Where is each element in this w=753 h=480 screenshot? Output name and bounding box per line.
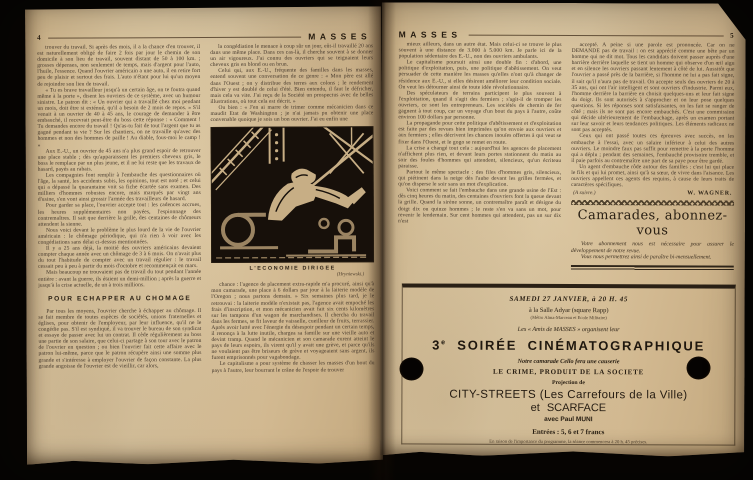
body-paragraph: Pour garder sa place, l'ouvrier accepte …: [38, 202, 201, 227]
event-film-title-1: CITY-STREETS (Les Carrefours de la Ville…: [449, 389, 687, 402]
suite-note: (A suivre.): [573, 190, 595, 196]
event-organizer-line: Les « Amis de MASSES » organisent leur: [518, 326, 620, 333]
event-note: En raison de l'importance du programme, …: [489, 440, 647, 446]
event-venue: à la Salle Adyar (square Rapp): [529, 307, 609, 314]
event-projection-label: Projection de: [552, 380, 585, 386]
illustration-credit: (Hryniewski.): [211, 272, 374, 279]
left-page-column-1: trouver du travail. Si après des mois, i…: [37, 44, 202, 453]
body-paragraph: la congédiation le menace à coup sûr un …: [210, 43, 373, 68]
woodcut-illustration: [211, 126, 375, 263]
body-paragraph: « Tu es brave travailleur jusqu'à un cer…: [37, 87, 200, 149]
subscribe-paragraph: Votre abonnement nous est nécessaire pou…: [571, 241, 734, 255]
left-page-header: 4 MASSES: [37, 31, 371, 42]
body-paragraph: Mais beaucoup ne trouvaient pas de trava…: [38, 269, 201, 288]
body-paragraph: trouver du travail. Si après des mois, i…: [37, 44, 200, 87]
subscribe-title: Camarades, abonnez-vous: [571, 208, 734, 239]
right-page-column-1: mieux ailleurs, dans un autre état. Mais…: [398, 41, 562, 282]
body-paragraph: Aux E.-U., un ouvrier de 45 ans n'a plus…: [38, 148, 201, 173]
event-title-number: 3: [432, 338, 441, 353]
event-actor-line: avec Paul MUNI: [544, 416, 592, 423]
left-page-number: 4: [37, 34, 41, 42]
left-page-column-2: la congédiation le menace à coup sûr un …: [210, 43, 375, 452]
author-signature: W. WAGNER.: [687, 191, 732, 197]
event-causerie-line: Notre camarade Cello fera une causerie: [518, 358, 620, 365]
body-paragraph: Des spéculateurs de terrains participent…: [398, 90, 561, 121]
column-text-block: chance : l'agence de placement extra-rap…: [211, 281, 374, 373]
body-paragraph: Un agent d'embauche rôde autour des fami…: [571, 164, 734, 189]
body-paragraph: Le capitalisme a pour système de chasser…: [212, 361, 375, 374]
header-rule: [48, 36, 302, 38]
body-paragraph: chance : l'agence de placement extra-rap…: [211, 281, 374, 361]
punch-hole-left: [399, 357, 423, 380]
masthead-text: MASSES: [399, 29, 462, 39]
body-paragraph: Celui qui, aux E.-U., fréquente des fami…: [210, 68, 373, 105]
event-metro-line: (Métro Alma-Marceau et Ecole Militaire): [531, 315, 607, 320]
column-text-block: mieux ailleurs, dans un autre état. Mais…: [398, 41, 562, 224]
double-rule: [571, 265, 734, 272]
body-paragraph: Nous voici devant le problème le plus lo…: [38, 227, 201, 246]
event-talk-title: LE CRIME, PRODUIT DE LA SOCIETE: [493, 368, 644, 377]
left-page: 4 MASSES trouver du travail. Si après de…: [25, 6, 383, 465]
scanned-magazine-spread: { "publication": { "masthead": "MASSES",…: [0, 0, 753, 480]
body-paragraph: Il y a 25 ans déjà, la moitié des ouvrie…: [38, 245, 201, 270]
body-paragraph: Ou bien : « J'en ai marre de trimer comm…: [210, 104, 373, 123]
article-footer-row: (A suivre.) W. WAGNER.: [571, 190, 734, 197]
body-paragraph: mieux ailleurs, dans un autre état. Mais…: [399, 41, 562, 60]
subscribe-body: Votre abonnement nous est nécessaire pou…: [571, 241, 734, 261]
header-rule: [469, 34, 724, 36]
section-divider: [571, 200, 734, 206]
body-paragraph: Les compagnies font remplir à l'embauche…: [38, 172, 201, 203]
body-paragraph: La crise a changé tout cela : aujourd'hu…: [398, 145, 561, 170]
body-paragraph: Par tous les moyens, l'ouvrier cherche à…: [38, 308, 201, 370]
event-prices: Entrées : 5, 6 et 7 francs: [532, 428, 604, 436]
body-paragraph: Partout le même spectacle : des files d'…: [398, 169, 561, 188]
body-paragraph: Ceux qui ont passé toutes ces épreuves a…: [571, 133, 734, 164]
event-announcement-box: SAMEDI 27 JANVIER, à 20 H. 45 à la Salle…: [401, 283, 736, 445]
event-title: 3e SOIRÉE CINÉMATOGRAPHIQUE: [432, 338, 705, 354]
body-paragraph: accepté. A peine si une parole est prono…: [571, 42, 734, 134]
column-text-block: Par tous les moyens, l'ouvrier cherche à…: [38, 308, 201, 370]
body-paragraph: Le capitalisme poursuit ainsi une double…: [398, 60, 561, 91]
chomage-heading: POUR ECHAPPER AU CHOMAGE: [38, 295, 201, 303]
event-date: SAMEDI 27 JANVIER, à 20 H. 45: [509, 295, 628, 303]
right-page-number: 5: [730, 32, 734, 40]
subscribe-paragraph: Vous nous permettrez ainsi de paraître b…: [571, 254, 734, 261]
left-page-columns: trouver du travail. Si après des mois, i…: [37, 43, 375, 452]
right-page-header: MASSES 5: [399, 29, 734, 40]
event-title-main: SOIRÉE CINÉMATOGRAPHIQUE: [457, 338, 705, 354]
masthead-text: MASSES: [308, 31, 371, 41]
column-text-block: accepté. A peine si une parole est prono…: [571, 42, 735, 189]
event-title-ordinal: e: [441, 339, 447, 346]
right-page: MASSES 5 mieux ailleurs, dans un autre é…: [380, 2, 746, 456]
body-paragraph: Voici comment se fait l'embauche dans un…: [398, 188, 561, 225]
event-film-title-2: et SCARFACE: [531, 402, 607, 414]
column-text-block: la congédiation le menace à coup sûr un …: [210, 43, 373, 123]
right-page-columns: mieux ailleurs, dans un autre état. Mais…: [398, 41, 735, 282]
punch-hole-right: [686, 356, 710, 379]
body-paragraph: La propagande pour cette politique d'abê…: [398, 121, 561, 146]
right-page-column-2: accepté. A peine si une parole est prono…: [571, 42, 735, 283]
column-text-block: trouver du travail. Si après des mois, i…: [37, 44, 201, 288]
